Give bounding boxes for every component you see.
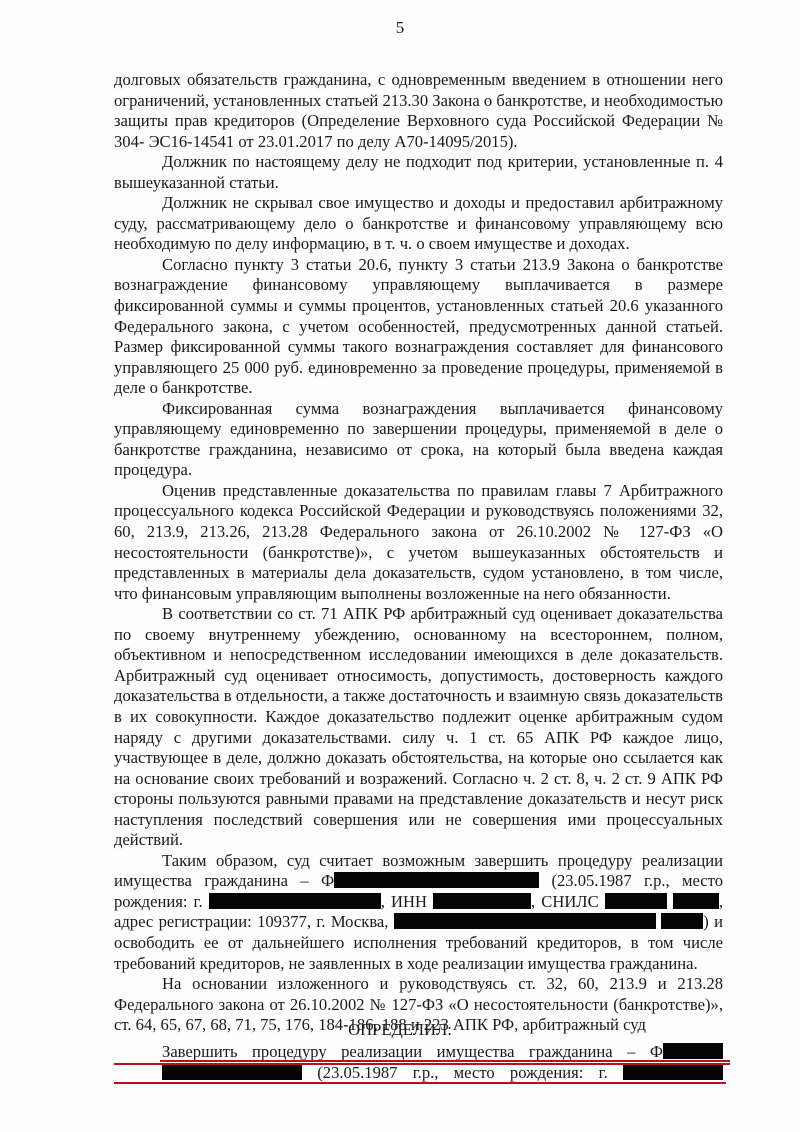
- document-body: долговых обязательств гражданина, с одно…: [114, 70, 723, 1036]
- red-underline: [114, 1063, 730, 1065]
- document-page: 5 долговых обязательств гражданина, с од…: [0, 0, 800, 1132]
- paragraph: В соответствии со ст. 71 АПК РФ арбитраж…: [114, 604, 723, 851]
- page-number: 5: [0, 18, 800, 38]
- paragraph: долговых обязательств гражданина, с одно…: [114, 70, 723, 152]
- redaction-snils-cont: [673, 893, 719, 909]
- redaction-name-cont: [162, 1064, 302, 1080]
- redaction-inn: [433, 893, 531, 909]
- redaction-name: [663, 1043, 723, 1059]
- redaction-address-cont: [661, 913, 703, 929]
- red-underline: [160, 1060, 730, 1062]
- conclusion-text: , СНИЛС: [531, 892, 605, 911]
- paragraph: Фиксированная сумма вознаграждения выпла…: [114, 399, 723, 481]
- ruling-text: (23.05.1987 г.р., место рождения: г.: [302, 1063, 623, 1082]
- paragraph: Согласно пункту 3 статьи 20.6, пункту 3 …: [114, 255, 723, 399]
- paragraph: Оценив представленные доказательства по …: [114, 481, 723, 604]
- redaction-birthplace: [623, 1064, 723, 1080]
- redaction-address: [394, 913, 656, 929]
- ruling-heading: ОПРЕДЕЛИЛ:: [0, 1020, 800, 1040]
- redaction-name: [334, 872, 539, 888]
- redaction-snils: [605, 893, 667, 909]
- ruling-text: Завершить процедуру реализации имущества…: [162, 1042, 663, 1061]
- conclusion-text: , ИНН: [381, 892, 433, 911]
- redaction-birthplace: [209, 893, 381, 909]
- paragraph: Должник по настоящему делу не подходит п…: [114, 152, 723, 193]
- ruling-paragraph-cont: (23.05.1987 г.р., место рождения: г.: [114, 1063, 723, 1084]
- paragraph: Должник не скрывал свое имущество и дохо…: [114, 193, 723, 255]
- conclusion-paragraph: Таким образом, суд считает возможным зав…: [114, 851, 723, 974]
- red-underline: [114, 1082, 726, 1084]
